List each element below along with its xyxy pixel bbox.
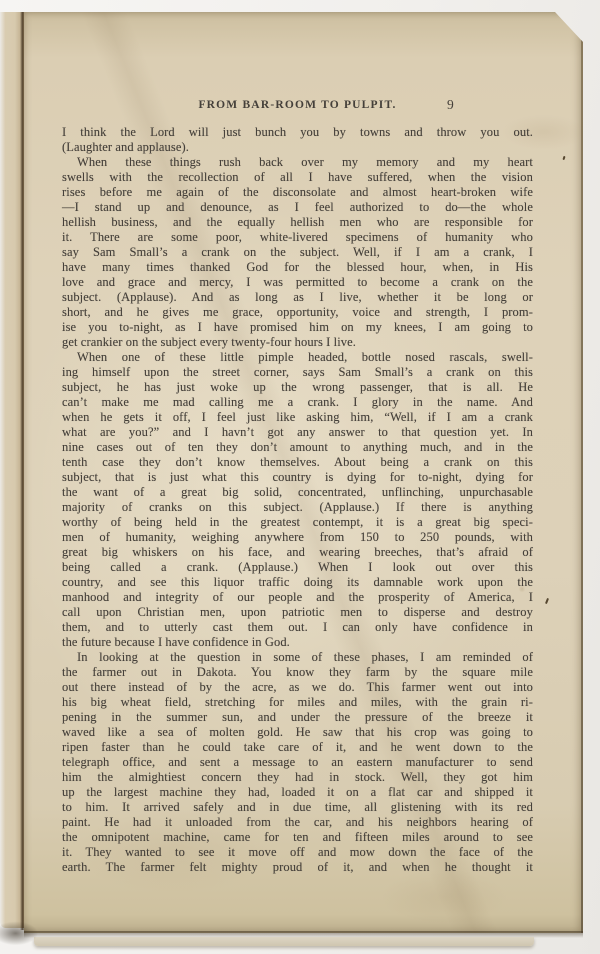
text-line: In looking at the question in some of th… bbox=[62, 650, 533, 665]
text-line: pening in the summer sun, and under the … bbox=[62, 710, 533, 725]
body-text-block: I think the Lord will just bunch you by … bbox=[62, 125, 533, 875]
scanned-book-photo: { "document": { "running_header": "FROM … bbox=[0, 0, 600, 954]
text-line: When these things rush back over my memo… bbox=[62, 155, 533, 170]
text-line: his big wheat field, stretching for mile… bbox=[62, 695, 533, 710]
text-line: I think the Lord will just bunch you by … bbox=[62, 125, 533, 140]
text-line: subject, he has just woke up the wrong p… bbox=[62, 380, 533, 395]
text-line: When one of these little pimple headed, … bbox=[62, 350, 533, 365]
text-line: it. There are some poor, white-livered s… bbox=[62, 230, 533, 245]
running-header-row: FROM BAR-ROOM TO PULPIT. 9 bbox=[62, 99, 533, 114]
text-line: manhood and integrity of our people and … bbox=[62, 590, 533, 605]
text-line: great big whiskers on his face, and wear… bbox=[62, 545, 533, 560]
text-line: rises before me again of the disconsolat… bbox=[62, 185, 533, 200]
text-line: country, and see this liquor traffic doi… bbox=[62, 575, 533, 590]
text-line: paint. He had it unloaded from the car, … bbox=[62, 815, 533, 830]
running-header-title: FROM BAR-ROOM TO PULPIT. bbox=[62, 99, 533, 112]
text-line: the omnipotent machine, came for ten and… bbox=[62, 830, 533, 845]
text-line: have many times thanked God for the bles… bbox=[62, 260, 533, 275]
text-line: can’t make me mad calling me a crank. I … bbox=[62, 395, 533, 410]
text-line: the farmer out in Dakota. You know they … bbox=[62, 665, 533, 680]
text-line: the want of a great big solid, concentra… bbox=[62, 485, 533, 500]
text-line: the future because I have confidence in … bbox=[62, 635, 533, 650]
text-line: —I stand up and denounce, as I feel auth… bbox=[62, 200, 533, 215]
page-number: 9 bbox=[447, 97, 454, 113]
text-line: to him. It arrived safely and in due tim… bbox=[62, 800, 533, 815]
text-line: it. They wanted to see it move off and m… bbox=[62, 845, 533, 860]
text-line: being called a crank. (Applause.) When I… bbox=[62, 560, 533, 575]
text-line: men of humanity, weighing anywhere from … bbox=[62, 530, 533, 545]
text-line: nine cases out of ten they don’t amount … bbox=[62, 440, 533, 455]
text-line: ing himself upon the street corner, says… bbox=[62, 365, 533, 380]
underlying-pages-edge bbox=[34, 937, 534, 946]
bottom-left-shadow bbox=[0, 918, 52, 952]
text-line: majority of cranks on this subject. (App… bbox=[62, 500, 533, 515]
text-line: him the almightiest concern they had in … bbox=[62, 770, 533, 785]
text-line: swells with the recollection of all I ha… bbox=[62, 170, 533, 185]
text-line: what are you?” and I havn’t got any answ… bbox=[62, 425, 533, 440]
text-line: when he gets it off, I feel just like as… bbox=[62, 410, 533, 425]
text-line: say Sam Small’s a crank on the subject. … bbox=[62, 245, 533, 260]
text-line: earth. The farmer felt mighty proud of i… bbox=[62, 860, 533, 875]
text-line: out there instead of by the acre, as we … bbox=[62, 680, 533, 695]
text-line: worthy of being held in the greatest con… bbox=[62, 515, 533, 530]
text-line: telegraph office, and sent a message to … bbox=[62, 755, 533, 770]
text-line: up the largest machine they had, loaded … bbox=[62, 785, 533, 800]
ink-fleck bbox=[545, 598, 549, 604]
text-line: them, and to utterly cast them out. I ca… bbox=[62, 620, 533, 635]
text-line: subject. (Applause). And as long as I li… bbox=[62, 290, 533, 305]
text-line: love and grace and mercy, I was permitte… bbox=[62, 275, 533, 290]
text-line: get crankier on the subject every twenty… bbox=[62, 335, 533, 350]
text-line: ripen faster than he could take care of … bbox=[62, 740, 533, 755]
page-right-edge bbox=[581, 40, 583, 933]
text-line: call upon Christian men, upon patriotic … bbox=[62, 605, 533, 620]
ink-fleck bbox=[562, 156, 565, 160]
text-line: subject, that is just what this country … bbox=[62, 470, 533, 485]
text-line: hellish business, and the equally hellis… bbox=[62, 215, 533, 230]
text-line: waved like a sea of molten gold. He saw … bbox=[62, 725, 533, 740]
text-line: ise you to-night, as I have promised him… bbox=[62, 320, 533, 335]
text-line: short, and he gives me grace, opportunit… bbox=[62, 305, 533, 320]
text-line: tenth case they don’t know themselves. A… bbox=[62, 455, 533, 470]
text-line: (Laughter and applause). bbox=[62, 140, 533, 155]
